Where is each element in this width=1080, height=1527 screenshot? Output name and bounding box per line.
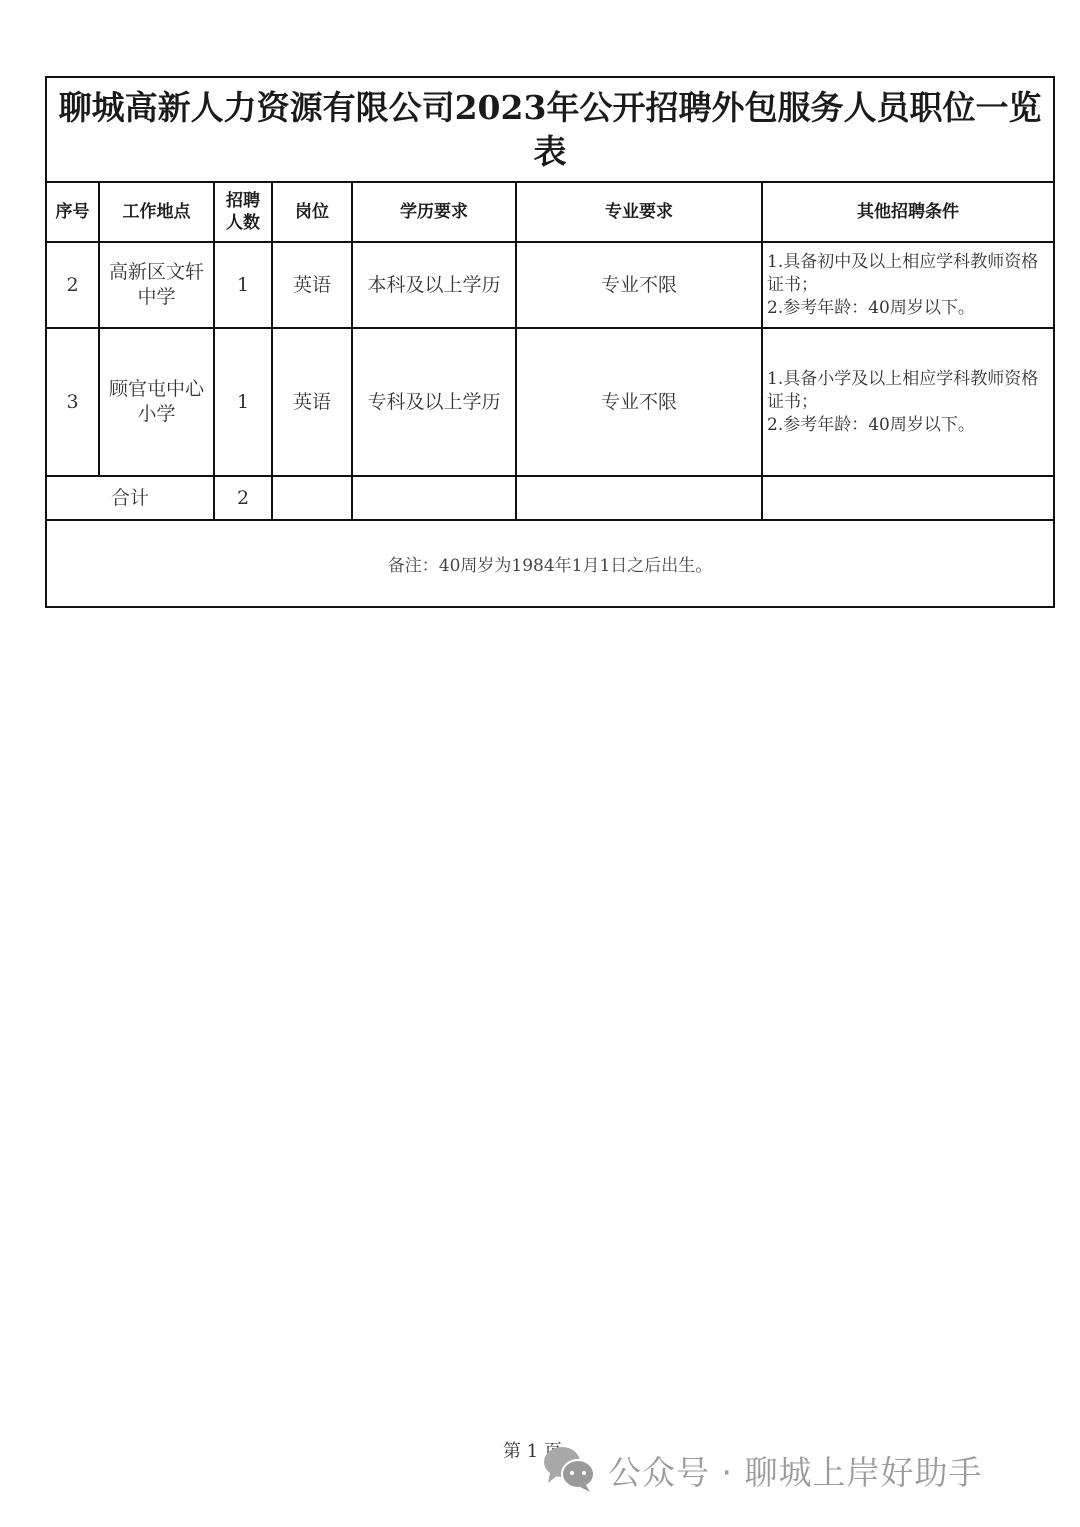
cell-other: 1.具备初中及以上相应学科教师资格证书；2.参考年龄：40周岁以下。: [762, 242, 1054, 328]
cell-location: 顾官屯中心小学: [99, 328, 214, 476]
watermark-text: 公众号 · 聊城上岸好助手: [608, 1447, 982, 1494]
table-row: 2 高新区文轩中学 1 英语 本科及以上学历 专业不限 1.具备初中及以上相应学…: [46, 242, 1054, 328]
cell-major: 专业不限: [516, 242, 762, 328]
header-count: 招聘人数: [214, 182, 272, 242]
condition-2: 2.参考年龄：40周岁以下。: [767, 415, 975, 435]
condition-2: 2.参考年龄：40周岁以下。: [767, 298, 975, 318]
header-count-line1: 招聘: [226, 191, 260, 211]
cell-location: 高新区文轩中学: [99, 242, 214, 328]
cell-position: 英语: [272, 242, 352, 328]
wechat-icon: [540, 1443, 598, 1497]
condition-1: 1.具备初中及以上相应学科教师资格证书；: [767, 252, 1038, 295]
table-row: 3 顾官屯中心小学 1 英语 专科及以上学历 专业不限 1.具备小学及以上相应学…: [46, 328, 1054, 476]
cell-major: 专业不限: [516, 328, 762, 476]
note-text: 备注：40周岁为1984年1月1日之后出生。: [46, 520, 1054, 607]
note-row: 备注：40周岁为1984年1月1日之后出生。: [46, 520, 1054, 607]
cell-count: 1: [214, 242, 272, 328]
watermark: 公众号 · 聊城上岸好助手: [540, 1440, 982, 1500]
table-header-row: 序号 工作地点 招聘人数 岗位 学历要求 专业要求 其他招聘条件: [46, 182, 1054, 242]
condition-1: 1.具备小学及以上相应学科教师资格证书；: [767, 369, 1038, 412]
document-title: 聊城高新人力资源有限公司2023年公开招聘外包服务人员职位一览表: [46, 77, 1054, 182]
recruitment-table: 聊城高新人力资源有限公司2023年公开招聘外包服务人员职位一览表 序号 工作地点…: [45, 76, 1055, 608]
header-other: 其他招聘条件: [762, 182, 1054, 242]
header-position: 岗位: [272, 182, 352, 242]
total-row: 合计 2: [46, 476, 1054, 520]
cell-seq: 3: [46, 328, 99, 476]
recruitment-table-container: 聊城高新人力资源有限公司2023年公开招聘外包服务人员职位一览表 序号 工作地点…: [45, 76, 1053, 608]
header-count-line2: 人数: [226, 213, 260, 233]
empty-cell: [762, 476, 1054, 520]
total-count: 2: [214, 476, 272, 520]
empty-cell: [352, 476, 516, 520]
cell-seq: 2: [46, 242, 99, 328]
header-seq: 序号: [46, 182, 99, 242]
header-education: 学历要求: [352, 182, 516, 242]
empty-cell: [272, 476, 352, 520]
cell-count: 1: [214, 328, 272, 476]
header-major: 专业要求: [516, 182, 762, 242]
cell-education: 本科及以上学历: [352, 242, 516, 328]
cell-education: 专科及以上学历: [352, 328, 516, 476]
cell-position: 英语: [272, 328, 352, 476]
cell-other: 1.具备小学及以上相应学科教师资格证书；2.参考年龄：40周岁以下。: [762, 328, 1054, 476]
empty-cell: [516, 476, 762, 520]
header-location: 工作地点: [99, 182, 214, 242]
total-label: 合计: [46, 476, 214, 520]
